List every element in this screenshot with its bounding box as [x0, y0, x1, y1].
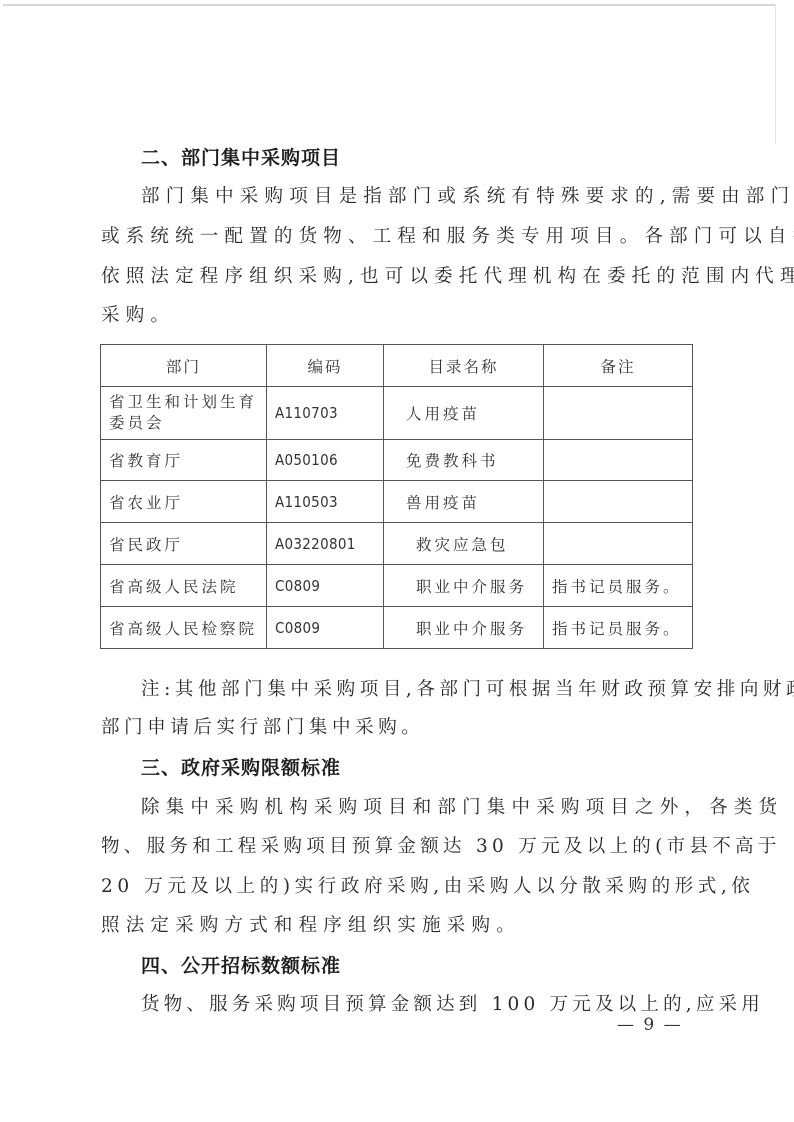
cell-department: 省高级人民检察院 [101, 607, 267, 649]
cell-catalog-name: 免费教科书 [384, 440, 544, 481]
cell-department: 省卫生和计划生育 委员会 [101, 387, 267, 440]
cell-catalog-name: 职业中介服务 [384, 607, 544, 649]
header-catalog-name: 目录名称 [384, 345, 544, 387]
section-3-paragraph-line: 照法定采购方式和程序组织实施采购。 [101, 914, 521, 938]
header-remarks: 备注 [544, 345, 693, 387]
cell-department: 省农业厅 [101, 481, 267, 523]
section-3-heading: 三、政府采购限额标准 [141, 756, 341, 780]
section-3-paragraph-line: 除集中采购机构采购项目和部门集中采购项目之外，各类货 [141, 796, 783, 820]
cell-department: 省高级人民法院 [101, 565, 267, 607]
cell-code: A03220801 [267, 523, 384, 565]
cell-code: A050106 [267, 440, 384, 481]
department-line: 委员会 [109, 413, 266, 434]
note-line: 注:其他部门集中采购项目,各部门可根据当年财政预算安排向财政 [141, 678, 794, 702]
section-2-paragraph-line: 或系统统一配置的货物、工程和服务类专用项目。各部门可以自行 [101, 225, 794, 249]
cell-department: 省教育厅 [101, 440, 267, 481]
cell-catalog-name: 职业中介服务 [384, 565, 544, 607]
cell-remarks [544, 387, 693, 440]
cell-catalog-name: 人用疫苗 [384, 387, 544, 440]
cell-code: C0809 [267, 565, 384, 607]
table-row: 省民政厅 A03220801 救灾应急包 [101, 523, 693, 565]
cell-catalog-name: 救灾应急包 [384, 523, 544, 565]
cell-code: C0809 [267, 607, 384, 649]
section-2-heading: 二、部门集中采购项目 [141, 146, 341, 170]
cell-catalog-name: 兽用疫苗 [384, 481, 544, 523]
table-row: 省教育厅 A050106 免费教科书 [101, 440, 693, 481]
cell-department: 省民政厅 [101, 523, 267, 565]
cell-code: A110703 [267, 387, 384, 440]
section-2-paragraph-line: 依照法定程序组织采购,也可以委托代理机构在委托的范围内代理 [101, 265, 794, 289]
page-number: — 9 — [617, 1015, 683, 1035]
cell-remarks [544, 481, 693, 523]
table-row: 省高级人民法院 C0809 职业中介服务 指书记员服务。 [101, 565, 693, 607]
section-2-paragraph-line: 部门集中采购项目是指部门或系统有特殊要求的,需要由部门 [141, 185, 794, 209]
table-row: 省高级人民检察院 C0809 职业中介服务 指书记员服务。 [101, 607, 693, 649]
header-code: 编码 [267, 345, 384, 387]
department-line: 省卫生和计划生育 [109, 392, 266, 413]
table-header-row: 部门 编码 目录名称 备注 [101, 345, 693, 387]
cell-code: A110503 [267, 481, 384, 523]
section-4-heading: 四、公开招标数额标准 [141, 954, 341, 978]
cell-remarks [544, 440, 693, 481]
table-row: 省卫生和计划生育 委员会 A110703 人用疫苗 [101, 387, 693, 440]
scan-border-right [775, 4, 776, 144]
section-3-paragraph-line: 物、服务和工程采购项目预算金额达 30 万元及以上的(市县不高于 [101, 835, 781, 859]
table-row: 省农业厅 A110503 兽用疫苗 [101, 481, 693, 523]
cell-remarks: 指书记员服务。 [544, 565, 693, 607]
department-procurement-table: 部门 编码 目录名称 备注 省卫生和计划生育 委员会 A110703 人用疫苗 … [100, 344, 693, 649]
cell-remarks: 指书记员服务。 [544, 607, 693, 649]
section-3-paragraph-line: 20 万元及以上的)实行政府采购,由采购人以分散采购的形式,依 [101, 875, 755, 899]
scan-border-top [3, 4, 775, 6]
section-2-paragraph-line: 采购。 [101, 304, 175, 328]
section-4-paragraph-line: 货物、服务采购项目预算金额达到 100 万元及以上的,应采用 [141, 993, 764, 1017]
header-department: 部门 [101, 345, 267, 387]
note-line: 部门申请后实行部门集中采购。 [101, 716, 424, 740]
cell-remarks [544, 523, 693, 565]
